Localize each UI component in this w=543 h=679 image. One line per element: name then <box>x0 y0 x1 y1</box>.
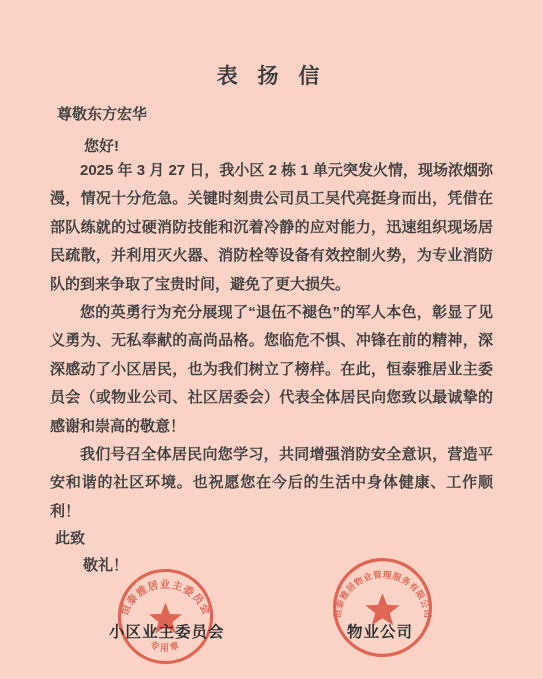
paragraph-praise: 您的英勇行为充分展现了“退伍不褪色”的军人本色，彰显了见义勇为、无私奉献的高尚品… <box>50 299 493 441</box>
property-company-seal-icon: 恒泰雅居物业管理服务有限公司 <box>331 556 434 659</box>
property-company-label: 物业公司 <box>347 620 413 642</box>
greeting: 您好! <box>84 135 119 156</box>
letter-body: 2025 年 3 月 27 日，我小区 2 栋 1 单元突发火情，现场浓烟弥漫，… <box>50 157 493 526</box>
commendation-letter-page: 表 扬 信 尊敬东方宏华 您好! 2025 年 3 月 27 日，我小区 2 栋… <box>0 0 543 679</box>
paragraph-callout: 我们号召全体居民向您学习，共同增强消防安全意识，营造平安和谐的社区环境。也祝愿您… <box>50 441 493 526</box>
letter-title: 表 扬 信 <box>0 60 543 90</box>
owners-committee-label: 小区业主委员会 <box>109 620 225 642</box>
owners-committee-seal-icon: 恒泰雅居业主委员会 专用章 <box>116 567 215 666</box>
closing-cizhi: 此致 <box>55 527 85 548</box>
paragraph-incident: 2025 年 3 月 27 日，我小区 2 栋 1 单元突发火情，现场浓烟弥漫，… <box>50 157 493 299</box>
salutation: 尊敬东方宏华 <box>57 103 147 124</box>
